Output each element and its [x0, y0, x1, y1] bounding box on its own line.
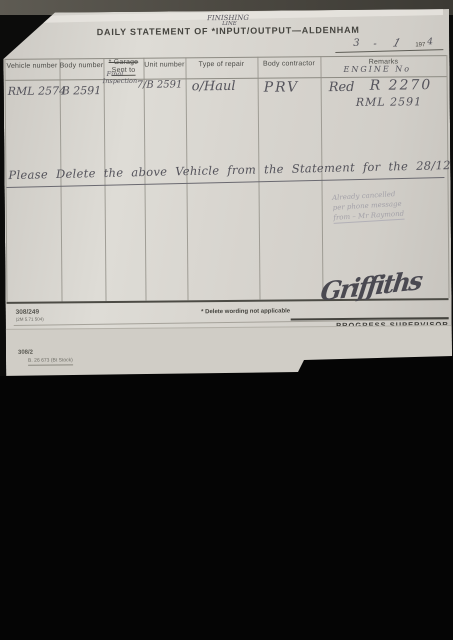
date-year-digit: 4 — [427, 37, 433, 47]
slip-form-code: 308/2 — [18, 350, 33, 356]
date-day: 3 — [353, 38, 359, 49]
col-header-body-contractor: Body contractor — [257, 60, 320, 68]
photo-black-backing — [0, 350, 453, 640]
date-year-printed: 197 — [415, 42, 425, 48]
cell-unit-number: 7/B 2591 — [137, 79, 183, 90]
delete-wording-footnote: * Delete wording not applicable — [166, 308, 326, 315]
col-header-body-number: Body number — [59, 62, 103, 69]
handwritten-inspection: Inspection — [103, 77, 138, 85]
grid-line — [257, 57, 260, 300]
cell-type-of-repair: o/Haul — [192, 79, 236, 94]
cell-vehicle-number: RML 2574 — [8, 84, 66, 98]
col-header-unit-number: Unit number — [143, 61, 185, 68]
form-code: 308/249 — [16, 309, 40, 316]
date-separator: - — [373, 39, 376, 50]
form-paper: FINISHING LINE DAILY STATEMENT OF *INPUT… — [3, 9, 452, 379]
form-title: DAILY STATEMENT OF *INPUT/OUTPUT—ALDENHA… — [91, 25, 365, 37]
grid-line — [185, 57, 188, 300]
form-code-small: (2M 5.71 504) — [16, 317, 44, 322]
date-underline — [335, 49, 443, 53]
date-month: 1 — [391, 36, 402, 49]
grid-line — [320, 56, 323, 299]
cell-remarks-rml: RML 2591 — [356, 95, 422, 109]
cell-body-number: B 2591 — [62, 84, 102, 97]
signature: Griffiths — [319, 266, 423, 307]
cell-body-contractor: PRV — [264, 79, 300, 95]
pencil-note: Already cancelled per phone message from… — [332, 189, 405, 224]
cell-remarks-red: Red — [329, 80, 355, 95]
garage-label-struck: * Garage — [109, 59, 139, 66]
col-header-type-of-repair: Type of repair — [185, 61, 257, 69]
grid-line — [446, 55, 449, 298]
cell-remarks-engine-number: R 2270 — [370, 77, 433, 94]
grid-line — [143, 58, 146, 301]
handwritten-engine-no: ENGINE No — [343, 64, 411, 74]
col-header-vehicle-number: Vehicle number — [4, 62, 59, 69]
slip-form-code-small: B. 26 673 (Bt Stock) — [28, 357, 73, 365]
scanned-document-photo: FINISHING LINE DAILY STATEMENT OF *INPUT… — [0, 0, 453, 640]
